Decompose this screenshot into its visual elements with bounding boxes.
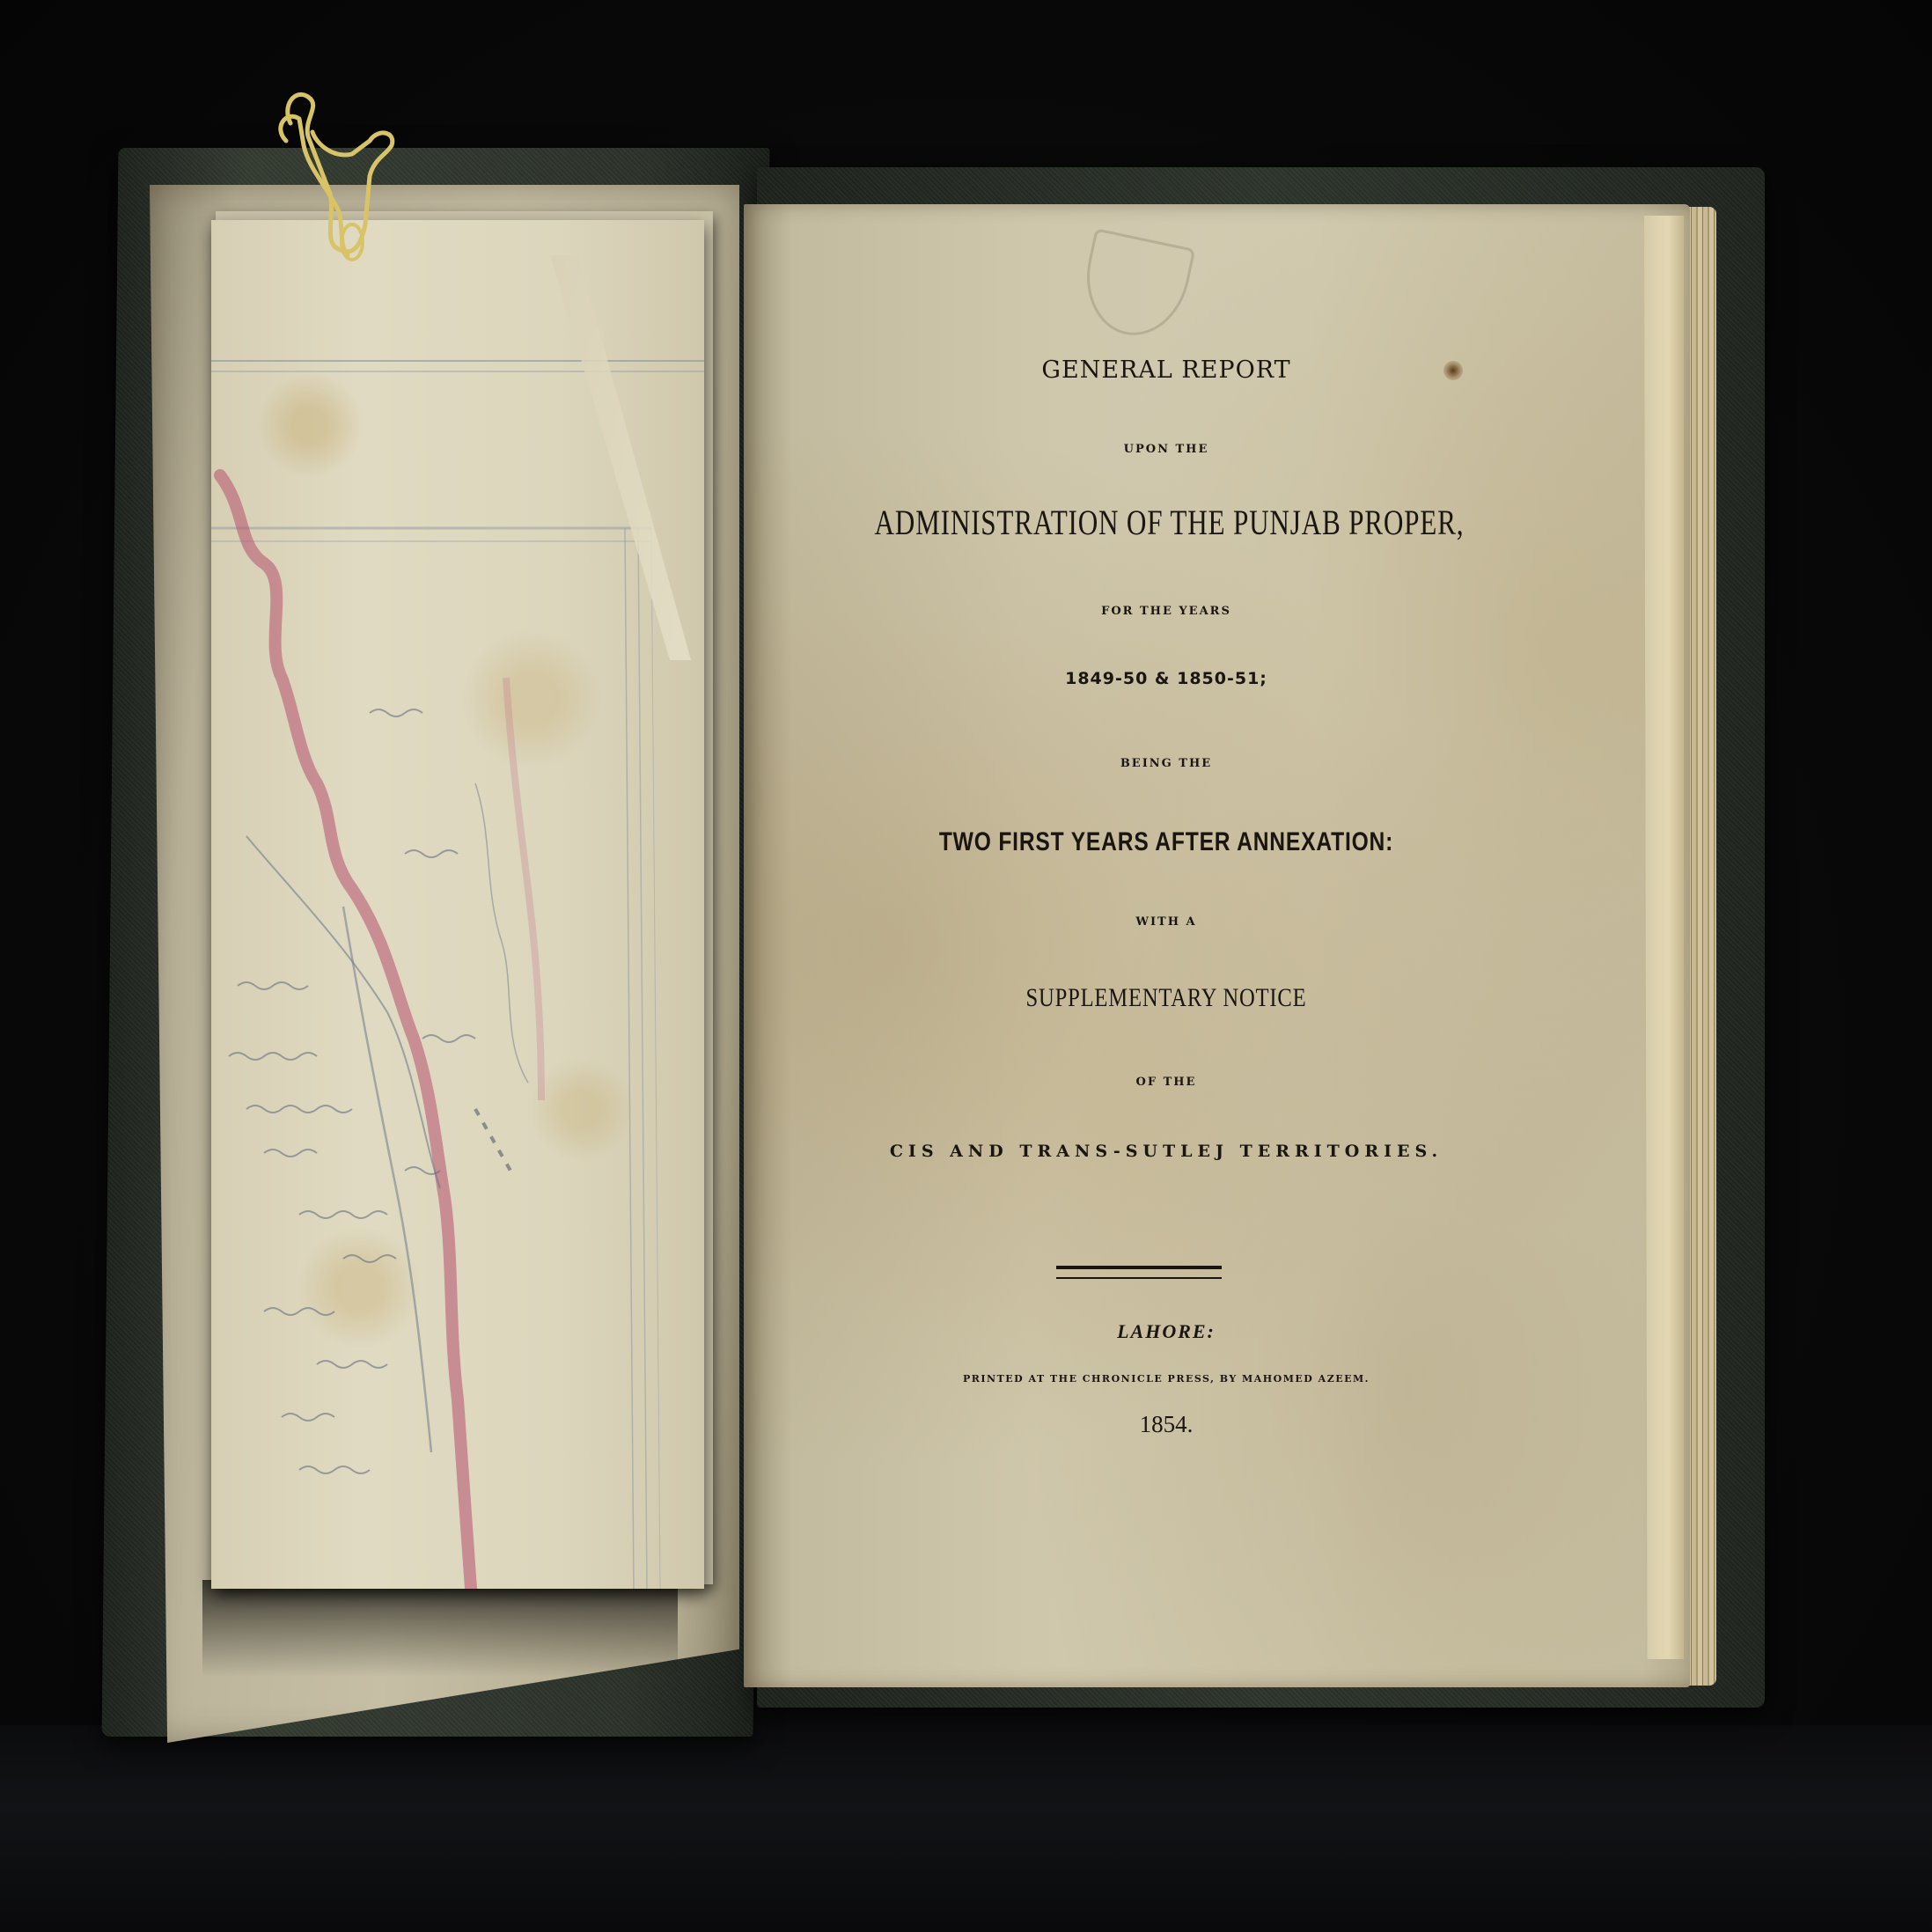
title-administration: ADMINISTRATION OF THE PUNJAB PROPER, bbox=[875, 502, 1458, 543]
imprint-place: LAHORE: bbox=[792, 1320, 1540, 1343]
table-surface bbox=[0, 1725, 1932, 1932]
title-of-the: OF THE bbox=[792, 1076, 1540, 1089]
paperclip-bookmark-icon[interactable] bbox=[255, 70, 405, 282]
title-being-the: BEING THE bbox=[792, 757, 1540, 770]
title-upon-the: UPON THE bbox=[792, 443, 1540, 456]
map-shadow bbox=[202, 1580, 678, 1677]
title-territories: CIS AND TRANS-SUTLEJ TERRITORIES. bbox=[792, 1142, 1540, 1161]
imprint-year: 1854. bbox=[792, 1411, 1540, 1438]
double-rule-divider bbox=[1056, 1266, 1222, 1279]
title-supplementary-notice: SUPPLEMENTARY NOTICE bbox=[860, 983, 1473, 1013]
map-drawing-icon bbox=[211, 220, 704, 1589]
imprint-printer: PRINTED AT THE CHRONICLE PRESS, BY MAHOM… bbox=[792, 1373, 1540, 1385]
loose-leaf bbox=[1644, 216, 1684, 1659]
folded-map-insert[interactable] bbox=[211, 220, 704, 1589]
title-page bbox=[744, 204, 1690, 1687]
title-two-first-years: TWO FIRST YEARS AFTER ANNEXATION: bbox=[860, 827, 1473, 857]
title-for-the-years: FOR THE YEARS bbox=[792, 605, 1540, 618]
title-years: 1849-50 & 1850-51; bbox=[792, 669, 1540, 688]
title-general-report: GENERAL REPORT bbox=[792, 356, 1540, 384]
title-with-a: WITH A bbox=[792, 915, 1540, 929]
